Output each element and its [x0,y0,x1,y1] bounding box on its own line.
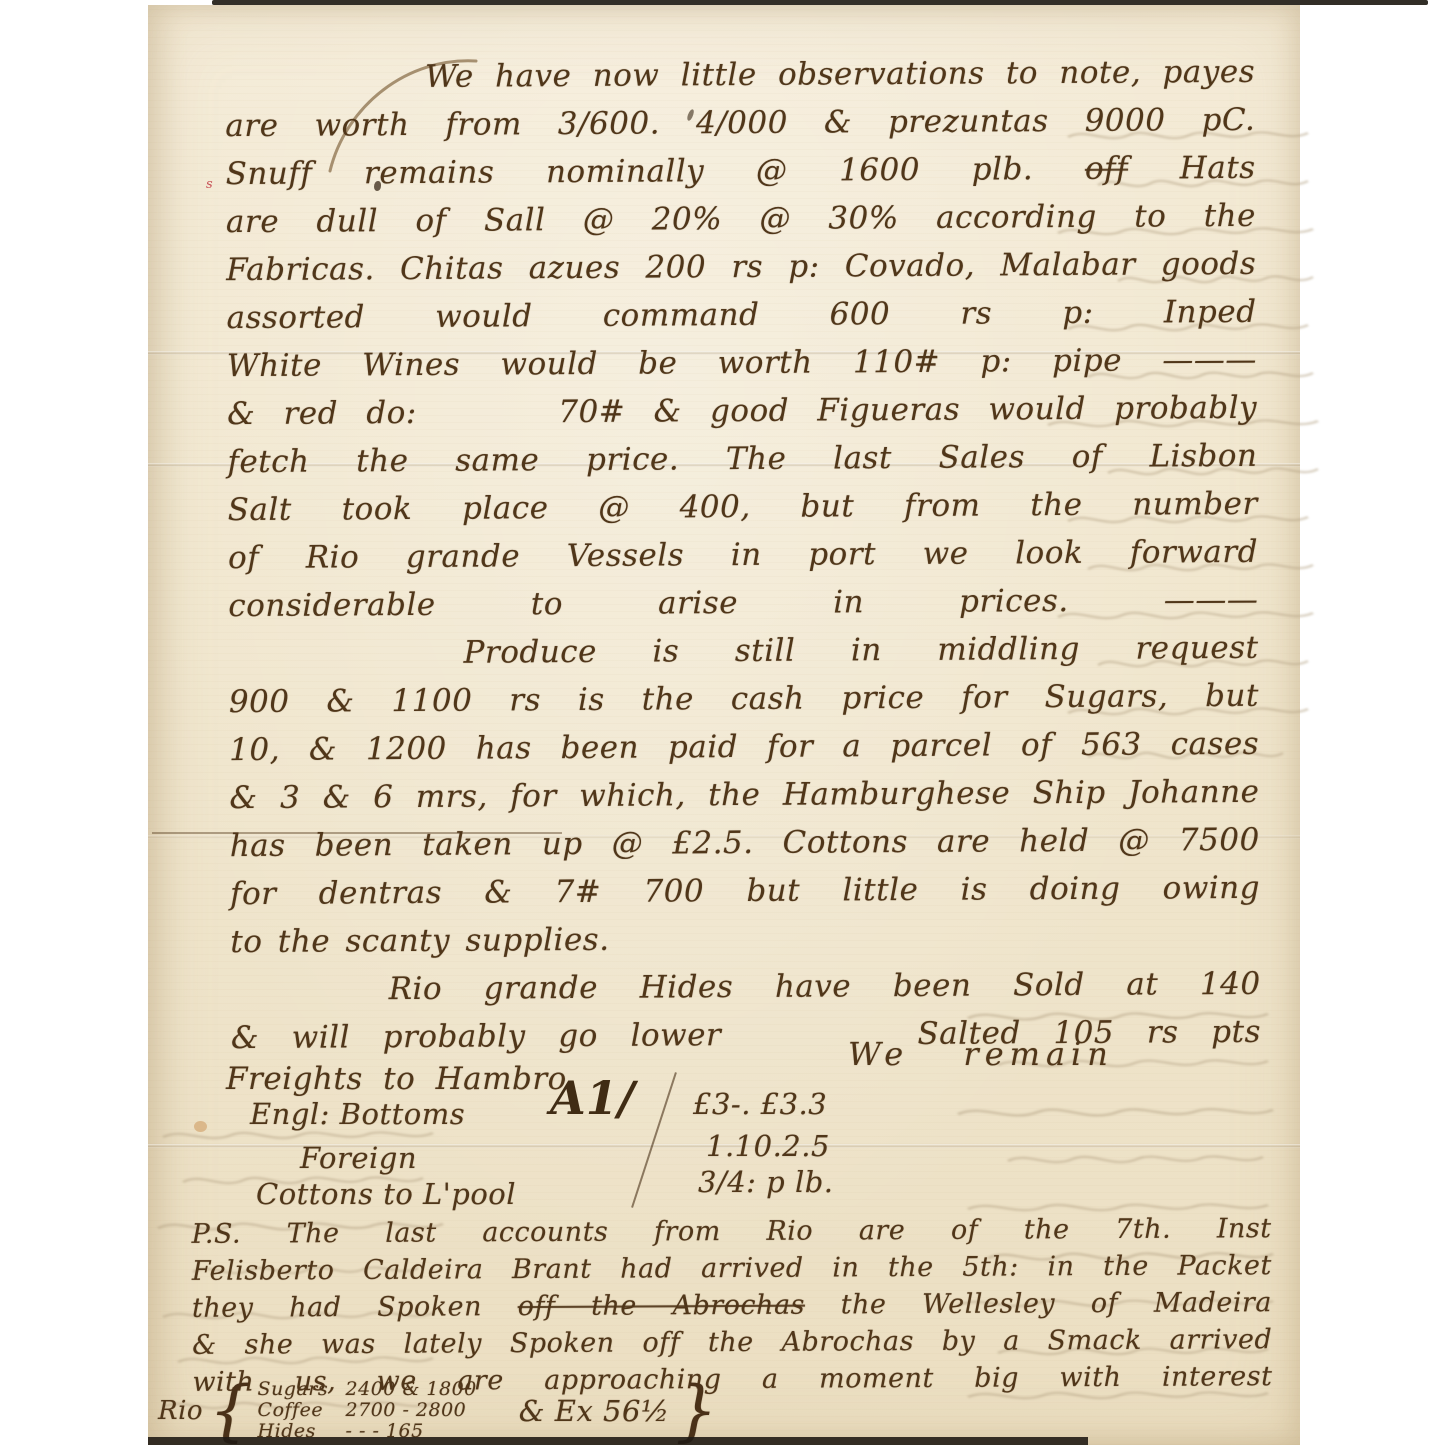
scan-bottom-edge [148,1437,1088,1445]
letter-line: considerable to arise in prices. ——— [228,576,1258,630]
rio-label: Rio [158,1396,203,1426]
letter-line: Produce is still in middling request [228,624,1258,678]
letter-line: has been taken up @ £2.5. Cottons are he… [230,816,1260,870]
rio-row: Coffee 2700 - 2800 [258,1400,477,1421]
letter-line: Salt took place @ 400, but from the numb… [228,480,1258,534]
rio-quotes: Rio { Sugars 2400 & 1800 Coffee 2700 - 2… [158,1379,724,1442]
freight-row-label: Cottons to L'pool [256,1177,516,1211]
brace-close: } [676,1381,719,1441]
letter-line: 900 & 1100 rs is the cash price for Suga… [229,672,1259,726]
letter-page: s [148,5,1300,1445]
closing-we-remain: We remain [848,1035,1114,1073]
rio-item-value: 2400 & 1800 [346,1379,477,1400]
letter-line: We have now little observations to note,… [225,48,1255,102]
letter-line: & red do: 70# & good Figueras would prob… [227,384,1257,438]
letter-line: they had Spoken off the Abrochas the Wel… [192,1284,1272,1327]
letter-line: assorted would command 600 rs p: Inped [226,288,1256,342]
letter-line: & 3 & 6 mrs, for which, the Hamburghese … [229,768,1259,822]
letter-line: 10, & 1200 has been paid for a parcel of… [229,720,1259,774]
letter-line: Fabricas. Chitas azues 200 rs p: Covado,… [226,240,1256,294]
red-archival-mark: s [206,177,213,192]
freight-class-mark: A1/ [550,1071,635,1125]
rio-item-value: 2700 - 2800 [346,1400,467,1421]
freight-row-label: Foreign [300,1141,417,1175]
rio-item-name: Coffee [258,1400,346,1421]
freight-bracket-stroke [631,1072,677,1208]
letter-line: are dull of Sall @ 20% @ 30% according t… [226,192,1256,246]
letter-line: Rio grande Hides have been Sold at 140 [231,960,1261,1014]
letter-body: We have now little observations to note,… [225,48,1261,1062]
letter-line: for dentras & 7# 700 but little is doing… [230,864,1260,918]
letter-line: White Wines would be worth 110# p: pipe … [227,336,1257,390]
rio-rows: Sugars 2400 & 1800 Coffee 2700 - 2800 Hi… [258,1379,477,1442]
freight-row-label: Engl: Bottoms [250,1097,465,1131]
brace-open: { [209,1381,252,1441]
freights-heading: Freights to Hambro [226,1061,567,1097]
rio-exchange-rate: & Ex 56½ [519,1394,670,1428]
rio-row: Sugars 2400 & 1800 [258,1379,477,1400]
letter-line: & she was lately Spoken off the Abrochas… [192,1321,1272,1364]
letter-line: to the scanty supplies. [230,912,1260,966]
letter-line: P.S. The last accounts from Rio are of t… [192,1210,1272,1253]
postscript: P.S. The last accounts from Rio are of t… [192,1210,1273,1401]
letter-line: are worth from 3/600. 4/000 & prezuntas … [225,96,1255,150]
letter-line: Snuff remains nominally @ 1600 plb. off … [226,144,1256,198]
rio-item-name: Sugars [258,1379,346,1400]
letter-line: Felisberto Caldeira Brant had arrived in… [192,1247,1272,1290]
freight-row-value: £3-. £3.3 [693,1087,827,1121]
freight-row-value: 3/4: p lb. [698,1165,834,1199]
scanned-letter: s [0,0,1445,1445]
freight-row-value: 1.10.2.5 [706,1129,830,1163]
letter-line: fetch the same price. The last Sales of … [227,432,1257,486]
letter-line: of Rio grande Vessels in port we look fo… [228,528,1258,582]
